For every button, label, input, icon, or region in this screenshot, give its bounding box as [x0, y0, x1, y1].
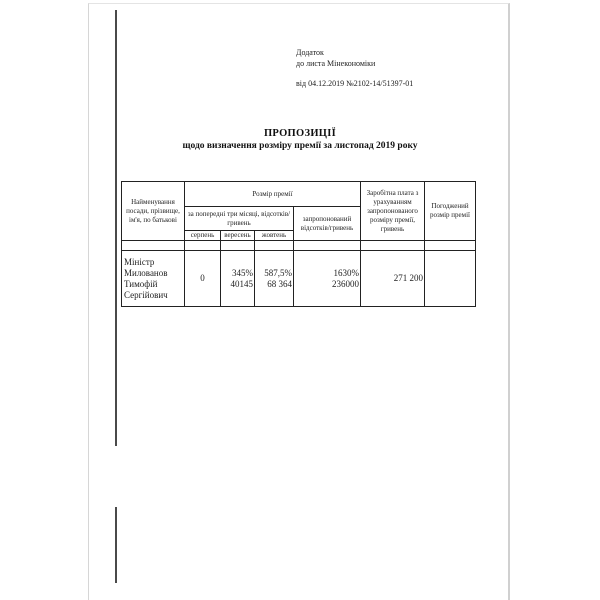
name-line: Сергійович — [124, 290, 182, 301]
cell-proposed: 1630% 236000 — [294, 251, 361, 307]
name-line: Милованов — [124, 268, 182, 279]
scan-artifact-line — [115, 10, 117, 446]
scan-artifact-line — [115, 507, 117, 583]
annex-line-1: Додаток — [296, 47, 413, 58]
header-bonus-size: Розмір премії — [185, 182, 361, 207]
name-line: Тимофій — [124, 279, 182, 290]
september-percent: 345% — [223, 268, 253, 279]
name-line: Міністр — [124, 257, 182, 268]
header-previous-three-months: за попередні три місяці, відсотків/гриве… — [185, 207, 294, 231]
document-subtitle: щодо визначення розміру премії за листоп… — [150, 141, 450, 151]
proposed-percent: 1630% — [296, 268, 359, 279]
september-amount: 40145 — [223, 279, 253, 290]
table-row-spacer — [122, 241, 476, 251]
document-title: ПРОПОЗИЦІЇ — [150, 128, 450, 139]
table-row: Міністр Милованов Тимофій Сергійович 0 3… — [122, 251, 476, 307]
heading-block: ПРОПОЗИЦІЇ щодо визначення розміру премі… — [150, 128, 450, 151]
annex-reference: від 04.12.2019 №2102-14/51397-01 — [296, 78, 413, 89]
cell-position-name: Міністр Милованов Тимофій Сергійович — [122, 251, 185, 307]
header-month-september: вересень — [221, 231, 255, 241]
annex-line-2: до листа Мінекономіки — [296, 58, 413, 69]
header-month-august: серпень — [185, 231, 221, 241]
header-month-october: жовтень — [255, 231, 294, 241]
proposed-amount: 236000 — [296, 279, 359, 290]
cell-approved-bonus — [425, 251, 476, 307]
october-amount: 68 364 — [257, 279, 292, 290]
cell-salary-with-bonus: 271 200 — [361, 251, 425, 307]
header-salary-with-bonus: Заробітна плата з урахуванням запропонов… — [361, 182, 425, 241]
document-viewport: Додаток до листа Мінекономіки від 04.12.… — [0, 0, 600, 600]
header-approved-bonus: Погоджений розмір премії — [425, 182, 476, 241]
annex-block: Додаток до листа Мінекономіки від 04.12.… — [296, 47, 413, 89]
bonus-proposal-table: Найменування посади, прізвище, ім'я, по … — [121, 181, 476, 307]
cell-october: 587,5% 68 364 — [255, 251, 294, 307]
october-percent: 587,5% — [257, 268, 292, 279]
cell-september: 345% 40145 — [221, 251, 255, 307]
cell-august: 0 — [185, 251, 221, 307]
header-position-name: Найменування посади, прізвище, ім'я, по … — [122, 182, 185, 241]
header-proposed: запропонований відсотків/гривень — [294, 207, 361, 241]
